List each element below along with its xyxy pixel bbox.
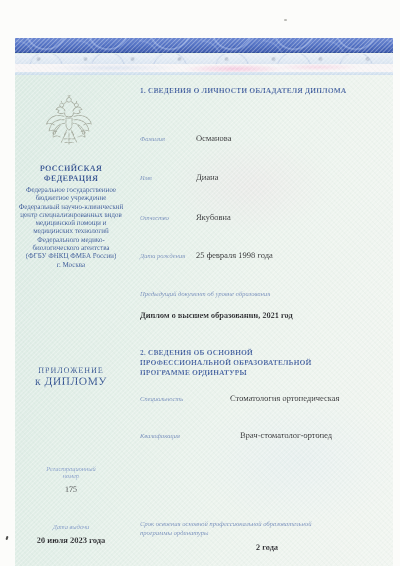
field-row-surname: Фамилия Османова bbox=[140, 133, 393, 145]
registration-number-value: 175 bbox=[15, 485, 127, 494]
firstname-value: Диана bbox=[196, 172, 218, 182]
country-line2: ФЕДЕРАЦИЯ bbox=[15, 174, 127, 184]
previous-education-label: Предыдущий документ об уровне образовани… bbox=[140, 291, 393, 298]
scanned-page: РОССИЙСКАЯ ФЕДЕРАЦИЯ Федеральное государ… bbox=[0, 0, 400, 566]
birthdate-value: 25 февраля 1998 года bbox=[196, 250, 273, 260]
guilloche-band-light bbox=[15, 54, 393, 64]
field-row-patronymic: Отчество Якубовна bbox=[140, 212, 393, 224]
specialty-label: Специальность bbox=[140, 396, 183, 403]
institution-name: Федеральное государственное бюджетное уч… bbox=[15, 186, 127, 269]
supplement-title: ПРИЛОЖЕНИЕ bbox=[15, 366, 127, 375]
program-duration-value: 2 года bbox=[256, 543, 278, 552]
guilloche-band-dark bbox=[15, 38, 393, 53]
institution-line: медицинских технологий bbox=[15, 227, 127, 235]
firstname-label: Имя bbox=[140, 175, 152, 182]
field-row-specialty: Специальность Стоматология ортопедическа… bbox=[140, 393, 393, 405]
institution-line: центр специализированных видов bbox=[15, 211, 127, 219]
program-duration-label: Срок освоения основной профессиональной … bbox=[140, 520, 328, 538]
scan-speck bbox=[5, 536, 8, 540]
section2-title: 2. СВЕДЕНИЯ ОБ ОСНОВНОЙ ПРОФЕССИОНАЛЬНОЙ… bbox=[140, 348, 322, 378]
country-line1: РОССИЙСКАЯ bbox=[15, 164, 127, 174]
surname-label: Фамилия bbox=[140, 136, 165, 143]
section1-title: 1. СВЕДЕНИЯ О ЛИЧНОСТИ ОБЛАДАТЕЛЯ ДИПЛОМ… bbox=[140, 86, 355, 96]
surname-value: Османова bbox=[196, 133, 231, 143]
previous-education-value: Диплом о высшем образовании, 2021 год bbox=[140, 311, 393, 320]
field-row-qualification: Квалификация Врач-стоматолог-ортопед bbox=[140, 430, 393, 442]
institution-line: Федеральное государственное bbox=[15, 186, 127, 194]
institution-line: бюджетное учреждение bbox=[15, 194, 127, 202]
patronymic-label: Отчество bbox=[140, 215, 169, 222]
institution-line: медицинской помощи и bbox=[15, 219, 127, 227]
institution-line: (ФГБУ ФНКЦ ФМБА России) bbox=[15, 252, 127, 260]
issue-date-value: 20 июля 2023 года bbox=[15, 535, 127, 545]
qualification-value: Врач-стоматолог-ортопед bbox=[240, 430, 332, 440]
registration-number-label: Регистрационный номер bbox=[39, 466, 103, 480]
issue-date-label: Дата выдачи bbox=[15, 524, 127, 531]
country-name: РОССИЙСКАЯ ФЕДЕРАЦИЯ bbox=[15, 164, 127, 184]
field-row-firstname: Имя Диана bbox=[140, 172, 393, 184]
scan-speck bbox=[284, 19, 287, 21]
supplement-subtitle: к ДИПЛОМУ bbox=[15, 376, 127, 388]
supplement-title-block: ПРИЛОЖЕНИЕ к ДИПЛОМУ bbox=[15, 366, 127, 388]
registration-block: Регистрационный номер 175 bbox=[15, 466, 127, 494]
institution-line: Федерального медико- bbox=[15, 236, 127, 244]
russia-coat-of-arms-icon bbox=[43, 92, 95, 158]
specialty-value: Стоматология ортопедическая bbox=[230, 393, 339, 403]
institution-line: биологического агентства bbox=[15, 244, 127, 252]
issue-date-block: Дата выдачи 20 июля 2023 года bbox=[15, 524, 127, 545]
birthdate-label: Дата рождения bbox=[140, 253, 185, 260]
institution-line: Федеральный научно-клинический bbox=[15, 203, 127, 211]
guilloche-band-line bbox=[15, 72, 393, 75]
institution-line: г. Москва bbox=[15, 261, 127, 269]
guilloche-band-pink bbox=[15, 64, 393, 72]
diploma-supplement-sheet: РОССИЙСКАЯ ФЕДЕРАЦИЯ Федеральное государ… bbox=[15, 38, 393, 566]
field-row-birthdate: Дата рождения 25 февраля 1998 года bbox=[140, 250, 393, 262]
patronymic-value: Якубовна bbox=[196, 212, 231, 222]
qualification-label: Квалификация bbox=[140, 433, 180, 440]
